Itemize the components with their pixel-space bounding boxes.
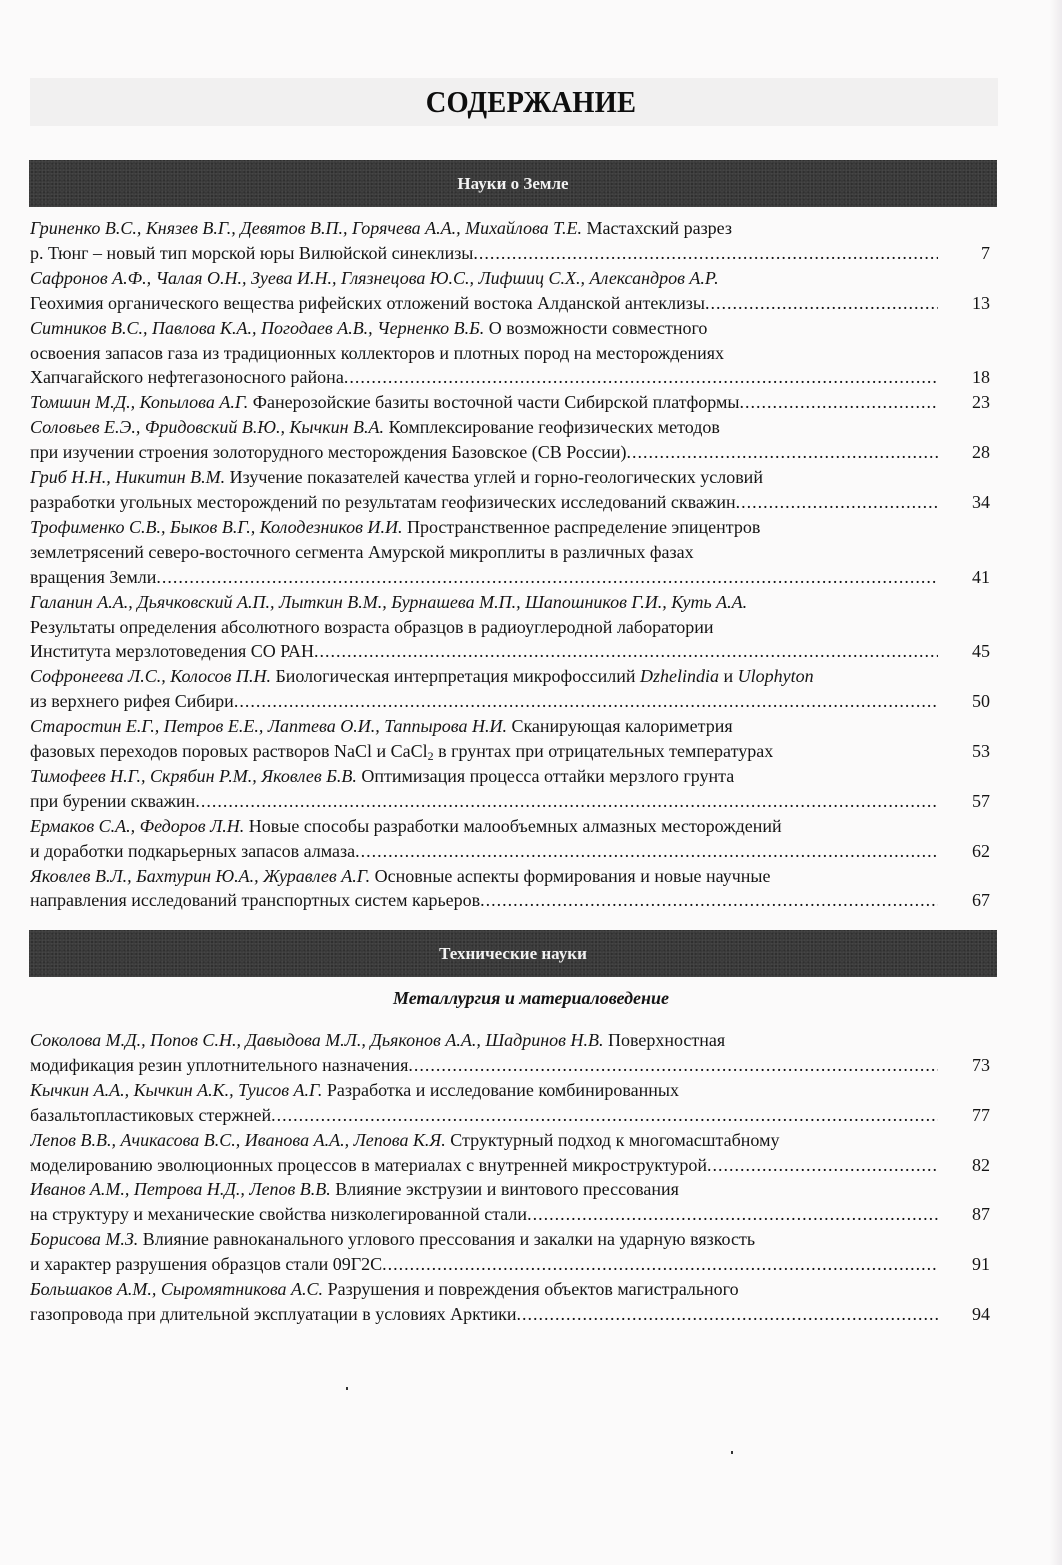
print-speck <box>731 1451 733 1454</box>
entry-authors: Борисова М.З. <box>30 1229 138 1249</box>
entry-authors: Лепов В.В., Ачикасова В.С., Иванова А.А.… <box>30 1130 446 1150</box>
toc-entry-line: Соловьев Е.Э., Фридовский В.Ю., Кычкин В… <box>30 415 938 440</box>
dot-leader: ........................................… <box>517 1304 938 1324</box>
entry-page-number: 45 <box>950 639 990 664</box>
toc-entry-line: Гриб Н.Н., Никитин В.М. Изучение показат… <box>30 465 938 490</box>
toc-entry-line: направления исследований транспортных си… <box>30 888 938 913</box>
toc-entry[interactable]: Сафронов А.Ф., Чалая О.Н., Зуева И.Н., Г… <box>30 266 998 316</box>
toc-entry-line: Кычкин А.А., Кычкин А.К., Туисов А.Г. Ра… <box>30 1078 938 1103</box>
entry-title: направления исследований транспортных си… <box>30 890 480 910</box>
entry-page-number: 7 <box>950 241 990 266</box>
entry-title: Изучение показателей качества углей и го… <box>230 467 763 487</box>
dot-leader: ........................................… <box>271 1105 938 1125</box>
toc-entry[interactable]: Тимофеев Н.Г., Скрябин Р.М., Яковлев Б.В… <box>30 764 998 814</box>
toc-entry-line: базальтопластиковых стержней............… <box>30 1103 938 1128</box>
entry-page-number: 18 <box>950 365 990 390</box>
print-speck <box>346 1387 348 1390</box>
entry-title: Пространственное распределение эпицентро… <box>407 517 760 537</box>
toc-entry[interactable]: Яковлев В.Л., Бахтурин Ю.А., Журавлев А.… <box>30 864 998 914</box>
toc-entry-line: Большаков А.М., Сыромятникова А.С. Разру… <box>30 1277 938 1302</box>
entry-title: вращения Земли <box>30 567 156 587</box>
entry-page-number: 62 <box>950 839 990 864</box>
toc-entry[interactable]: Борисова М.З. Влияние равноканального уг… <box>30 1227 998 1277</box>
toc-entry[interactable]: Большаков А.М., Сыромятникова А.С. Разру… <box>30 1277 998 1327</box>
entry-authors: Соловьев Е.Э., Фридовский В.Ю., Кычкин В… <box>30 417 384 437</box>
toc-entry-line: Сафронов А.Ф., Чалая О.Н., Зуева И.Н., Г… <box>30 266 938 291</box>
toc-entry-line: землетрясений северо-восточного сегмента… <box>30 540 938 565</box>
toc-entry-line: при бурении скважин.....................… <box>30 789 938 814</box>
entry-title: Мастахский разрез <box>587 218 732 238</box>
entry-page-number: 87 <box>950 1202 990 1227</box>
dot-leader: ........................................… <box>705 293 938 313</box>
entry-title: Основные аспекты формирования и новые на… <box>375 866 771 886</box>
entry-title: модификация резин уплотнительного назнач… <box>30 1055 408 1075</box>
section-heading-technical-sciences: Технические науки <box>29 930 997 977</box>
entry-title: и характер разрушения образцов стали 09Г… <box>30 1254 382 1274</box>
entry-page-number: 94 <box>950 1302 990 1327</box>
entry-authors: Старостин Е.Г., Петров Е.Е., Лаптева О.И… <box>30 716 507 736</box>
entry-title: Хапчагайского нефтегазоносного района <box>30 367 344 387</box>
entry-title: Новые способы разработки малообъемных ал… <box>249 816 782 836</box>
entry-title: Разрушения и повреждения объектов магист… <box>328 1279 739 1299</box>
dot-leader: ........................................… <box>355 841 938 861</box>
dot-leader: ........................................… <box>473 243 938 263</box>
entry-page-number: 57 <box>950 789 990 814</box>
entry-title: газопровода при длительной эксплуатации … <box>30 1304 517 1324</box>
toc-entry[interactable]: Галанин А.А., Дьячковский А.П., Лыткин В… <box>30 590 998 665</box>
toc-entry[interactable]: Трофименко С.В., Быков В.Г., Колодезнико… <box>30 515 998 590</box>
toc-entry-line: на структуру и механические свойства низ… <box>30 1202 938 1227</box>
subsection-heading: Металлургия и материаловедение <box>0 988 1062 1009</box>
toc-entry-line: Соколова М.Д., Попов С.Н., Давыдова М.Л.… <box>30 1028 938 1053</box>
toc-entry-line: Софронеева Л.С., Колосов П.Н. Биологичес… <box>30 664 938 689</box>
toc-entry-line: вращения Земли..........................… <box>30 565 938 590</box>
entry-title: из верхнего рифея Сибири <box>30 691 234 711</box>
entry-title: фазовых переходов поровых растворов NaCl… <box>30 741 773 761</box>
toc-entry-line: Результаты определения абсолютного возра… <box>30 615 938 640</box>
toc-entry-line: Лепов В.В., Ачикасова В.С., Иванова А.А.… <box>30 1128 938 1153</box>
toc-entry-line: фазовых переходов поровых растворов NaCl… <box>30 739 938 764</box>
toc-entry-line: разработки угольных месторождений по рез… <box>30 490 938 515</box>
entry-authors: Соколова М.Д., Попов С.Н., Давыдова М.Л.… <box>30 1030 603 1050</box>
dot-leader: ........................................… <box>382 1254 938 1274</box>
entry-authors: Гриненко В.С., Князев В.Г., Девятов В.П.… <box>30 218 582 238</box>
toc-entry-line: и доработки подкарьерных запасов алмаза.… <box>30 839 938 864</box>
entry-page-number: 34 <box>950 490 990 515</box>
toc-entry[interactable]: Гриб Н.Н., Никитин В.М. Изучение показат… <box>30 465 998 515</box>
toc-entry[interactable]: Кычкин А.А., Кычкин А.К., Туисов А.Г. Ра… <box>30 1078 998 1128</box>
entry-title: Института мерзлотоведения СО РАН <box>30 641 314 661</box>
toc-entry-line: из верхнего рифея Сибири................… <box>30 689 938 714</box>
entry-page-number: 13 <box>950 291 990 316</box>
entry-page-number: 41 <box>950 565 990 590</box>
toc-entry[interactable]: Софронеева Л.С., Колосов П.Н. Биологичес… <box>30 664 998 714</box>
toc-entry-line: моделированию эволюционных процессов в м… <box>30 1153 938 1178</box>
entry-title: Биологическая интерпретация микрофоссили… <box>275 666 635 686</box>
entry-title: разработки угольных месторождений по рез… <box>30 492 736 512</box>
entry-title: освоения запасов газа из традиционных ко… <box>30 343 724 363</box>
entry-authors: Ситников В.С., Павлова К.А., Погодаев А.… <box>30 318 484 338</box>
toc-entry[interactable]: Ермаков С.А., Федоров Л.Н. Новые способы… <box>30 814 998 864</box>
toc-entry[interactable]: Соловьев Е.Э., Фридовский В.Ю., Кычкин В… <box>30 415 998 465</box>
dot-leader: ........................................… <box>740 392 939 412</box>
entry-title: р. Тюнг – новый тип морской юры Вилюйско… <box>30 243 473 263</box>
dot-leader: ........................................… <box>408 1055 938 1075</box>
toc-entry-line: Иванов А.М., Петрова Н.Д., Лепов В.В. Вл… <box>30 1177 938 1202</box>
entry-title: базальтопластиковых стержней <box>30 1105 271 1125</box>
entry-authors: Кычкин А.А., Кычкин А.К., Туисов А.Г. <box>30 1080 322 1100</box>
toc-entry-line: Яковлев В.Л., Бахтурин Ю.А., Журавлев А.… <box>30 864 938 889</box>
entry-title: Фанерозойские базиты восточной части Сиб… <box>253 392 740 412</box>
entry-authors: Галанин А.А., Дьячковский А.П., Лыткин В… <box>30 592 747 612</box>
entry-title: Разработка и исследование комбинированны… <box>327 1080 679 1100</box>
toc-entry[interactable]: Гриненко В.С., Князев В.Г., Девятов В.П.… <box>30 216 998 266</box>
entry-title: землетрясений северо-восточного сегмента… <box>30 542 694 562</box>
toc-entry[interactable]: Томшин М.Д., Копылова А.Г. Фанерозойские… <box>30 390 998 415</box>
page-title: СОДЕРЖАНИЕ <box>42 84 1019 120</box>
toc-section-earth-sciences: Гриненко В.С., Князев В.Г., Девятов В.П.… <box>30 216 998 913</box>
entry-title: при бурении скважин <box>30 791 195 811</box>
toc-entry-line: модификация резин уплотнительного назнач… <box>30 1053 938 1078</box>
toc-entry-line: Борисова М.З. Влияние равноканального уг… <box>30 1227 938 1252</box>
toc-section-technical-sciences: Соколова М.Д., Попов С.Н., Давыдова М.Л.… <box>30 1028 998 1327</box>
entry-title: Структурный подход к многомасштабному <box>450 1130 779 1150</box>
toc-entry[interactable]: Иванов А.М., Петрова Н.Д., Лепов В.В. Вл… <box>30 1177 998 1227</box>
section-heading-earth-sciences: Науки о Земле <box>29 160 997 207</box>
entry-title: при изучении строения золоторудного мест… <box>30 442 627 462</box>
entry-authors: Сафронов А.Ф., Чалая О.Н., Зуева И.Н., Г… <box>30 268 719 288</box>
scientific-name: Ulophyton <box>738 666 814 686</box>
toc-entry-line: и характер разрушения образцов стали 09Г… <box>30 1252 938 1277</box>
dot-leader: ........................................… <box>344 367 938 387</box>
entry-page-number: 53 <box>950 739 990 764</box>
toc-entry-line: Томшин М.Д., Копылова А.Г. Фанерозойские… <box>30 390 938 415</box>
entry-title: и доработки подкарьерных запасов алмаза <box>30 841 355 861</box>
toc-entry[interactable]: Лепов В.В., Ачикасова В.С., Иванова А.А.… <box>30 1128 998 1178</box>
entry-title: Влияние равноканального углового прессов… <box>143 1229 755 1249</box>
entry-authors: Большаков А.М., Сыромятникова А.С. <box>30 1279 323 1299</box>
entry-authors: Ермаков С.А., Федоров Л.Н. <box>30 816 244 836</box>
entry-title: Влияние экструзии и винтового прессовани… <box>335 1179 679 1199</box>
toc-entry[interactable]: Старостин Е.Г., Петров Е.Е., Лаптева О.И… <box>30 714 998 764</box>
entry-authors: Софронеева Л.С., Колосов П.Н. <box>30 666 271 686</box>
toc-entry-line: Ситников В.С., Павлова К.А., Погодаев А.… <box>30 316 938 341</box>
entry-page-number: 73 <box>950 1053 990 1078</box>
entry-page-number: 91 <box>950 1252 990 1277</box>
entry-title: О возможности совместного <box>489 318 708 338</box>
entry-title: Сканирующая калориметрия <box>511 716 732 736</box>
dot-leader: ........................................… <box>195 791 938 811</box>
page-edge-shadow <box>1050 0 1062 1565</box>
entry-authors: Иванов А.М., Петрова Н.Д., Лепов В.В. <box>30 1179 331 1199</box>
entry-title: Геохимия органического вещества рифейски… <box>30 293 705 313</box>
entry-title: Оптимизация процесса оттайки мерзлого гр… <box>361 766 734 786</box>
entry-page-number: 50 <box>950 689 990 714</box>
entry-page-number: 23 <box>950 390 990 415</box>
entry-authors: Яковлев В.Л., Бахтурин Ю.А., Журавлев А.… <box>30 866 370 886</box>
toc-entry-line: освоения запасов газа из традиционных ко… <box>30 341 938 366</box>
dot-leader: ........................................… <box>527 1204 938 1224</box>
toc-entry-line: Ермаков С.А., Федоров Л.Н. Новые способы… <box>30 814 938 839</box>
dot-leader: ........................................… <box>480 890 938 910</box>
toc-entry-line: Хапчагайского нефтегазоносного района...… <box>30 365 938 390</box>
toc-entry-line: Геохимия органического вещества рифейски… <box>30 291 938 316</box>
dot-leader: ........................................… <box>234 691 938 711</box>
entry-page-number: 67 <box>950 888 990 913</box>
toc-entry-line: Трофименко С.В., Быков В.Г., Колодезнико… <box>30 515 938 540</box>
entry-authors: Тимофеев Н.Г., Скрябин Р.М., Яковлев Б.В… <box>30 766 357 786</box>
toc-entry[interactable]: Соколова М.Д., Попов С.Н., Давыдова М.Л.… <box>30 1028 998 1078</box>
toc-entry-line: р. Тюнг – новый тип морской юры Вилюйско… <box>30 241 938 266</box>
entry-title: на структуру и механические свойства низ… <box>30 1204 527 1224</box>
toc-entry-line: Старостин Е.Г., Петров Е.Е., Лаптева О.И… <box>30 714 938 739</box>
entry-title: Поверхностная <box>608 1030 725 1050</box>
entry-authors: Трофименко С.В., Быков В.Г., Колодезнико… <box>30 517 402 537</box>
entry-title: Результаты определения абсолютного возра… <box>30 617 714 637</box>
entry-page-number: 28 <box>950 440 990 465</box>
toc-entry-line: газопровода при длительной эксплуатации … <box>30 1302 938 1327</box>
toc-entry[interactable]: Ситников В.С., Павлова К.А., Погодаев А.… <box>30 316 998 391</box>
toc-entry-line: при изучении строения золоторудного мест… <box>30 440 938 465</box>
toc-entry-line: Галанин А.А., Дьячковский А.П., Лыткин В… <box>30 590 938 615</box>
entry-title: моделированию эволюционных процессов в м… <box>30 1155 707 1175</box>
toc-entry-line: Института мерзлотоведения СО РАН........… <box>30 639 938 664</box>
dot-leader: ........................................… <box>314 641 938 661</box>
entry-page-number: 82 <box>950 1153 990 1178</box>
scientific-name: Dzhelindia <box>640 666 719 686</box>
entry-title: Комплексирование геофизических методов <box>389 417 720 437</box>
entry-page-number: 77 <box>950 1103 990 1128</box>
toc-entry-line: Гриненко В.С., Князев В.Г., Девятов В.П.… <box>30 216 938 241</box>
dot-leader: ........................................… <box>156 567 938 587</box>
dot-leader: ........................................… <box>736 492 938 512</box>
toc-entry-line: Тимофеев Н.Г., Скрябин Р.М., Яковлев Б.В… <box>30 764 938 789</box>
dot-leader: ........................................… <box>627 442 938 462</box>
entry-authors: Гриб Н.Н., Никитин В.М. <box>30 467 225 487</box>
entry-authors: Томшин М.Д., Копылова А.Г. <box>30 392 248 412</box>
dot-leader: ........................................… <box>707 1155 938 1175</box>
